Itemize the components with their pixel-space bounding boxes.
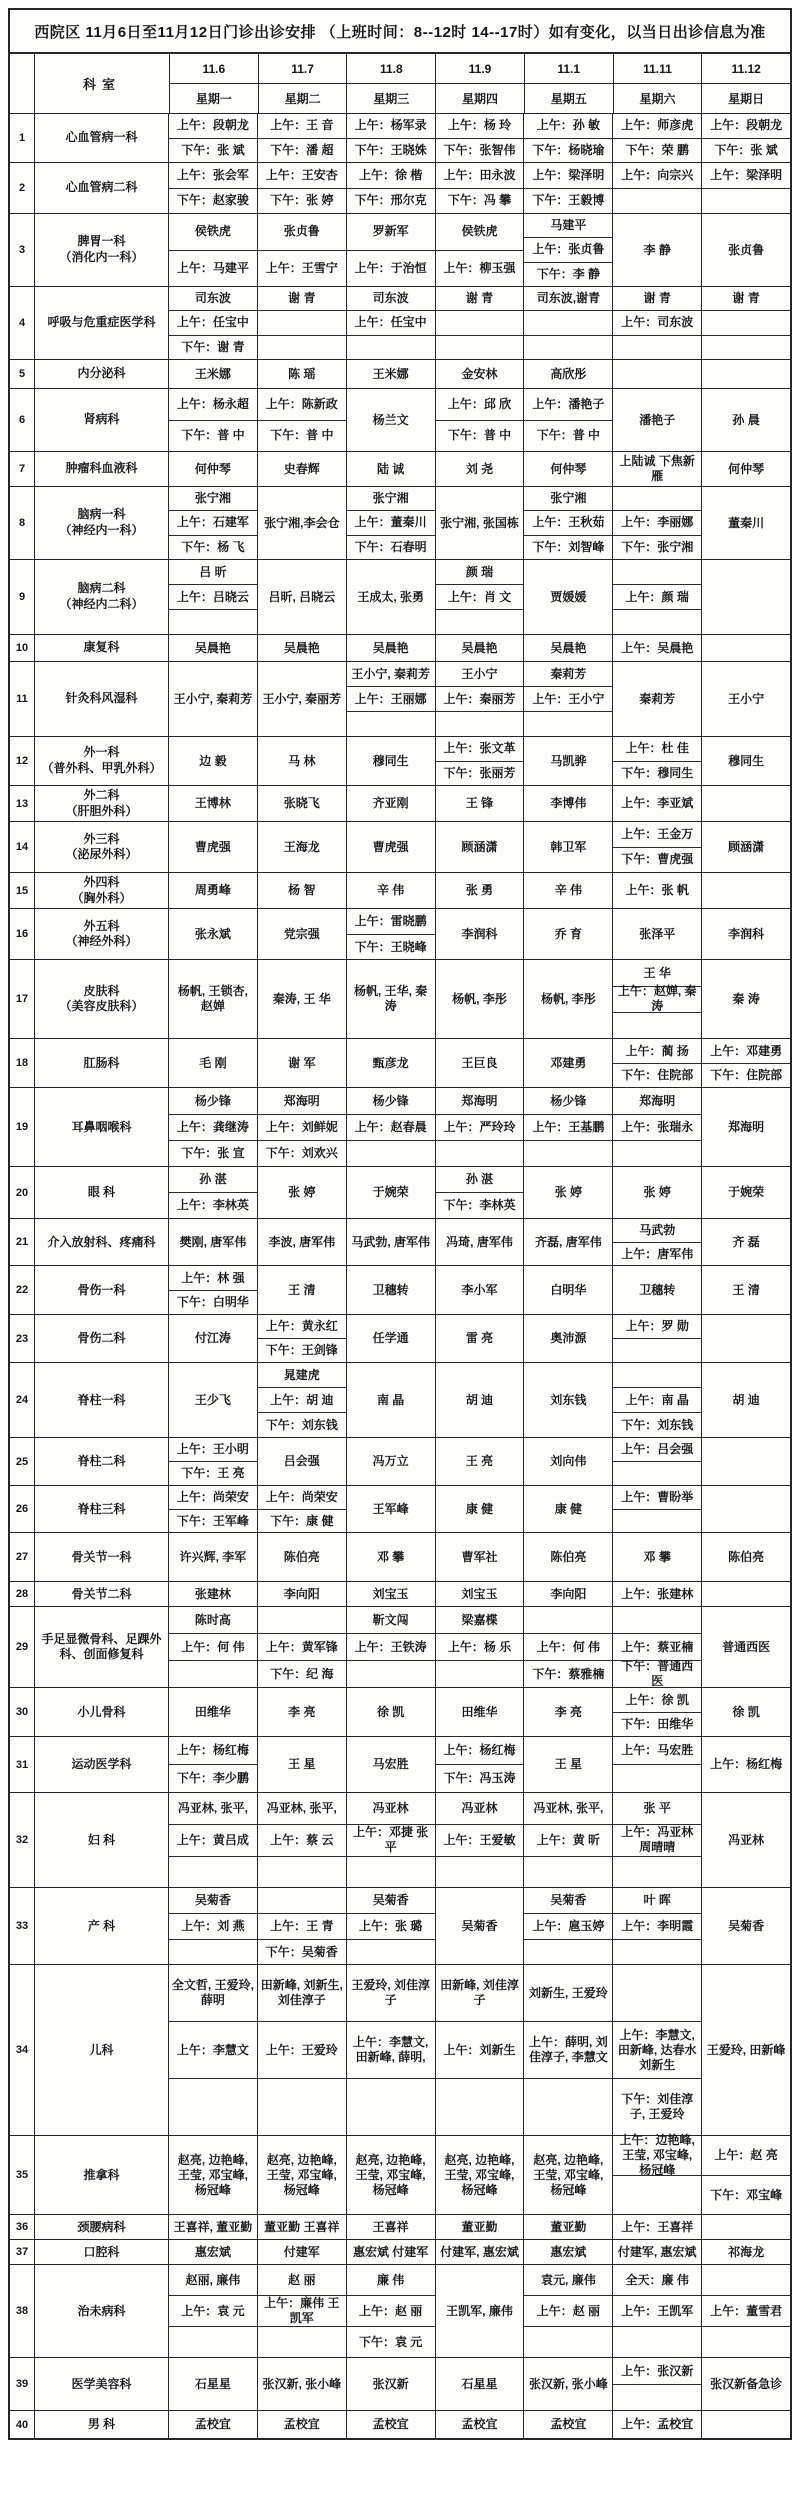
schedule-cell: 王 星 xyxy=(523,1737,612,1792)
schedule-segment: 下午：张 斌 xyxy=(169,138,257,163)
schedule-segment: 马 林 xyxy=(258,737,346,785)
schedule-segment: 顾涵潇 xyxy=(436,822,524,872)
schedule-segment: 杨帆, 李彤 xyxy=(436,960,524,1038)
schedule-cell: 赵丽, 廉伟上午：袁 元 xyxy=(168,2265,257,2357)
schedule-segment: 郑海明 xyxy=(613,1088,701,1113)
schedule-segment: 吴晨艳 xyxy=(347,635,435,661)
schedule-cell: 靳文闯上午：王铁涛 xyxy=(346,1607,435,1687)
schedule-cell: 郑海明 xyxy=(701,1088,790,1166)
schedule-cell: 卫穗转 xyxy=(346,1266,435,1314)
schedule-segment xyxy=(347,335,435,359)
schedule-cell: 王凯军, 廉伟 xyxy=(435,2265,524,2357)
schedule-segment: 康 健 xyxy=(524,1486,612,1532)
schedule-cell: 上午：陈新政下午：普 中 xyxy=(257,389,346,451)
schedule-cell: 董亚勤 xyxy=(523,2215,612,2239)
schedule-segment: 上午：胡 迪 xyxy=(258,1387,346,1412)
schedule-cell: 高欣彤 xyxy=(523,360,612,388)
schedule-segment: 下午：吴菊香 xyxy=(258,1939,346,1965)
schedule-cell: 孟校宜 xyxy=(346,2411,435,2438)
schedule-segment: 下午：普 中 xyxy=(169,420,257,452)
schedule-segment: 付建军, 惠宏斌 xyxy=(436,2240,524,2264)
schedule-segment: 王博林 xyxy=(169,786,257,821)
schedule-cell: 吴晨艳 xyxy=(523,635,612,661)
schedule-cell: 王小宁, 秦莉芳上午：王丽娜 xyxy=(346,662,435,736)
schedule-cell: 穆同生 xyxy=(701,737,790,785)
schedule-segment: 田维华 xyxy=(436,1688,524,1736)
schedule-segment: 石星星 xyxy=(436,2358,524,2410)
schedule-segment: 上午：王 音 xyxy=(258,114,346,138)
schedule-cell: 上午：南 晶下午：刘东钱 xyxy=(612,1363,701,1437)
schedule-segment: 司东波,谢青 xyxy=(524,287,612,310)
schedule-segment: 张宁湘,李会仓 xyxy=(258,487,346,559)
schedule-page: 西院区 11月6日至11月12日门诊出诊安排 （上班时间：8--12时 14--… xyxy=(0,0,800,2500)
schedule-segment: 张汉新, 张小峰 xyxy=(524,2358,612,2410)
row-number: 37 xyxy=(10,2240,34,2264)
row-number: 34 xyxy=(10,1965,34,2135)
schedule-cell: 王 亮 xyxy=(435,1438,524,1485)
schedule-segment xyxy=(702,2326,790,2357)
schedule-cell: 乔 育 xyxy=(523,909,612,959)
schedule-segment xyxy=(169,1939,257,1965)
schedule-segment: 下午：普 中 xyxy=(436,420,524,452)
schedule-cell: 司东波,谢青 xyxy=(523,287,612,359)
row-number: 11 xyxy=(10,662,34,736)
schedule-cell: 冯亚林, 张平,上午：蔡 云 xyxy=(257,1793,346,1887)
schedule-segment: 吴晨艳 xyxy=(258,635,346,661)
schedule-cell: 王巨良 xyxy=(435,1039,524,1087)
schedule-cell: 张宁湘上午：石建军下午：杨 飞 xyxy=(168,487,257,559)
schedule-segment: 卫穗转 xyxy=(613,1266,701,1314)
schedule-cell: 王 锋 xyxy=(435,786,524,821)
schedule-segment: 杨帆, 李彤 xyxy=(524,960,612,1038)
schedule-segment xyxy=(613,2326,701,2357)
schedule-segment: 上午：柳玉强 xyxy=(436,250,524,287)
schedule-cell: 周勇峰 xyxy=(168,873,257,908)
schedule-segment: 上午：尚荣安 xyxy=(169,1486,257,1509)
schedule-segment: 马宏胜 xyxy=(347,1737,435,1792)
schedule-segment: 梁嘉楪 xyxy=(436,1607,524,1633)
schedule-segment xyxy=(436,711,524,736)
table-row: 11针灸科风湿科王小宁, 秦莉芳王小宁, 秦丽芳王小宁, 秦莉芳上午：王丽娜王小… xyxy=(10,661,790,736)
schedule-cell: 田维华 xyxy=(168,1688,257,1736)
schedule-cell: 吴菊香上午：扈玉婷 xyxy=(523,1888,612,1964)
schedule-cell: 孟校宜 xyxy=(168,2411,257,2438)
schedule-segment xyxy=(613,1764,701,1792)
schedule-cell: 秦 涛 xyxy=(701,960,790,1038)
schedule-segment: 杨帆, 王锁杏, 赵婵 xyxy=(169,960,257,1038)
schedule-segment: 赵丽, 廉伟 xyxy=(169,2265,257,2295)
schedule-segment: 下午：张丽芳 xyxy=(436,761,524,786)
row-number: 32 xyxy=(10,1793,34,1887)
row-number: 23 xyxy=(10,1315,34,1362)
schedule-segment: 下午：住院部 xyxy=(702,1063,790,1088)
row-number: 10 xyxy=(10,635,34,661)
schedule-cell: 任学通 xyxy=(346,1315,435,1362)
schedule-cell: 吴菊香上午：刘 燕 xyxy=(168,1888,257,1964)
schedule-segment: 孟校宜 xyxy=(347,2411,435,2438)
schedule-segment xyxy=(524,310,612,334)
schedule-segment xyxy=(524,1939,612,1965)
schedule-segment: 下午：刘智峰 xyxy=(524,535,612,559)
schedule-segment xyxy=(702,335,790,359)
schedule-segment: 张汉新备急诊 xyxy=(702,2358,790,2410)
row-number: 31 xyxy=(10,1737,34,1792)
schedule-cell: 上午：王小明下午：王 亮 xyxy=(168,1438,257,1485)
schedule-segment: 陈伯亮 xyxy=(258,1533,346,1581)
schedule-segment: 陈时高 xyxy=(169,1607,257,1633)
schedule-segment: 谢 青 xyxy=(258,287,346,310)
schedule-cell: 王少飞 xyxy=(168,1363,257,1437)
schedule-segment: 王爱玲, 刘佳淳子 xyxy=(347,1965,435,2021)
schedule-segment xyxy=(169,1660,257,1687)
schedule-cell: 上午：罗 勋 xyxy=(612,1315,701,1362)
schedule-cell: 陈 瑶 xyxy=(257,360,346,388)
schedule-segment: 赵亮, 边艳峰, 王莹, 邓宝峰, 杨冠峰 xyxy=(347,2136,435,2214)
schedule-cell: 上午：曹盼举 xyxy=(612,1486,701,1532)
schedule-segment: 王 亮 xyxy=(436,1438,524,1485)
schedule-cell: 张贞鲁上午：王雪宁 xyxy=(257,214,346,286)
row-number: 27 xyxy=(10,1533,34,1581)
schedule-segment: 上午：杨军录 xyxy=(347,114,435,138)
schedule-segment xyxy=(436,1660,524,1687)
schedule-segment: 上午：王爱玲 xyxy=(258,2021,346,2078)
schedule-cell: 陈伯亮 xyxy=(257,1533,346,1581)
schedule-segment: 任学通 xyxy=(347,1315,435,1362)
schedule-segment: 赵亮, 边艳峰, 王莹, 邓宝峰, 杨冠峰 xyxy=(258,2136,346,2214)
schedule-segment: 杨帆, 王华, 秦涛 xyxy=(347,960,435,1038)
day-header-column: 11.6星期一 xyxy=(170,54,258,113)
schedule-segment xyxy=(702,635,790,661)
schedule-segment xyxy=(702,1438,790,1485)
schedule-segment: 下午：袁 元 xyxy=(347,2326,435,2357)
schedule-cell: 上午：尚荣安下午：王军峰 xyxy=(168,1486,257,1532)
schedule-cell: 上午：张 帆 xyxy=(612,873,701,908)
schedule-cell: 谢 军 xyxy=(257,1039,346,1087)
schedule-segment: 王米娜 xyxy=(169,360,257,388)
dept-name: 呼吸与危重症医学科 xyxy=(34,287,168,359)
schedule-cell: 吴菊香 xyxy=(701,1888,790,1964)
schedule-cell: 王 华上午：赵婵, 秦涛 xyxy=(612,960,701,1038)
schedule-cell: 上午：尚荣安下午：康 健 xyxy=(257,1486,346,1532)
schedule-segment: 上午：严玲玲 xyxy=(436,1114,524,1140)
schedule-segment: 下午：邢尔克 xyxy=(347,188,435,214)
dept-name: 肛肠科 xyxy=(34,1039,168,1087)
schedule-cell: 马建平上午：张贞鲁下午：李 静 xyxy=(523,214,612,286)
schedule-segment: 穆同生 xyxy=(347,737,435,785)
schedule-cell: 王小宁, 秦丽芳 xyxy=(257,662,346,736)
schedule-cell: 陈伯亮 xyxy=(523,1533,612,1581)
schedule-segment: 上午：蔡 云 xyxy=(258,1824,346,1856)
schedule-segment: 上午：司东波 xyxy=(613,310,701,334)
row-number: 15 xyxy=(10,873,34,908)
schedule-cell: 杨帆, 李彤 xyxy=(435,960,524,1038)
schedule-segment: 郑海明 xyxy=(258,1088,346,1113)
schedule-segment: 上午：任宝中 xyxy=(347,310,435,334)
schedule-segment: 上午：赵春晨 xyxy=(347,1114,435,1140)
schedule-segment: 杨兰文 xyxy=(347,389,435,451)
schedule-cell: 樊刚, 唐军伟 xyxy=(168,1219,257,1265)
schedule-segment: 上午：秦丽芳 xyxy=(436,686,524,711)
schedule-cell: 曹军社 xyxy=(435,1533,524,1581)
table-row: 10康复科吴晨艳吴晨艳吴晨艳吴晨艳吴晨艳上午：吴晨艳 xyxy=(10,634,790,661)
schedule-cell: 邓建勇 xyxy=(523,1039,612,1087)
schedule-segment: 上午：黄永红 xyxy=(258,1315,346,1338)
schedule-segment: 上午：颜 瑞 xyxy=(613,584,701,609)
dept-name: 康复科 xyxy=(34,635,168,661)
schedule-segment: 上午：张瑞永 xyxy=(613,1114,701,1140)
schedule-segment: 上午：李明霞 xyxy=(613,1913,701,1939)
table-header: 科室 11.6星期一11.7星期二11.8星期三11.9星期四11.1星期五11… xyxy=(10,54,790,113)
schedule-segment: 吴菊香 xyxy=(702,1888,790,1964)
schedule-cell: 上午：董雪君 xyxy=(701,2265,790,2357)
row-number: 28 xyxy=(10,1582,34,1606)
weekday-label: 星期四 xyxy=(436,84,524,113)
schedule-segment: 谢 青 xyxy=(436,287,524,310)
schedule-segment: 高欣彤 xyxy=(524,360,612,388)
dept-name: 外一科 （普外科、甲乳外科） xyxy=(34,737,168,785)
schedule-segment: 南 晶 xyxy=(347,1363,435,1437)
schedule-segment: 何仲琴 xyxy=(702,452,790,486)
schedule-segment: 下午：刘东钱 xyxy=(258,1412,346,1437)
schedule-cell: 郑海明上午：刘鲜妮下午：刘欢兴 xyxy=(257,1088,346,1166)
schedule-segment: 于婉荣 xyxy=(347,1167,435,1218)
schedule-segment xyxy=(258,2326,346,2357)
schedule-segment xyxy=(524,1607,612,1633)
schedule-cell: 陆 诚 xyxy=(346,452,435,486)
schedule-cell: 上午：王喜祥 xyxy=(612,2215,701,2239)
schedule-segment: 惠宏斌 xyxy=(524,2240,612,2264)
weekday-label: 星期二 xyxy=(259,84,347,113)
schedule-cell: 陈伯亮 xyxy=(701,1533,790,1581)
schedule-segment: 王 清 xyxy=(258,1266,346,1314)
schedule-segment: 胡 迪 xyxy=(436,1363,524,1437)
schedule-cell: 上午：杨 玲下午：张智伟 xyxy=(435,114,524,162)
schedule-cell: 赵亮, 边艳峰, 王莹, 邓宝峰, 杨冠峰 xyxy=(168,2136,257,2214)
schedule-cell: 张 平上午：冯亚林 周晴晴 xyxy=(612,1793,701,1887)
row-number: 1 xyxy=(10,114,34,162)
schedule-segment: 王爱玲, 田新峰 xyxy=(702,1965,790,2135)
schedule-segment: 周勇峰 xyxy=(169,873,257,908)
schedule-segment: 张宁湘 xyxy=(524,487,612,510)
schedule-segment: 王米娜 xyxy=(347,360,435,388)
schedule-segment: 上午：张 帆 xyxy=(613,873,701,908)
table-row: 34儿科全文哲, 王爱玲, 薛明上午：李慧文田新峰, 刘新生, 刘佳淳子上午：王… xyxy=(10,1964,790,2135)
dept-name: 眼 科 xyxy=(34,1167,168,1218)
schedule-cell: 秦莉芳 xyxy=(612,662,701,736)
schedule-cell: 上午：黄永红下午：王剑锋 xyxy=(257,1315,346,1362)
schedule-cell: 孟校宜 xyxy=(257,2411,346,2438)
schedule-segment: 上午：张建林 xyxy=(613,1582,701,1606)
schedule-cell: 祁海龙 xyxy=(701,2240,790,2264)
dept-name: 皮肤科 （美容皮肤科） xyxy=(34,960,168,1038)
schedule-segment xyxy=(613,1363,701,1387)
schedule-segment: 王小宁 xyxy=(702,662,790,736)
schedule-segment: 上午：王凯军 xyxy=(613,2295,701,2326)
schedule-cell: 吕 昕上午：吕晓云 xyxy=(168,560,257,634)
row-number: 40 xyxy=(10,2411,34,2438)
schedule-segment: 下午：李 静 xyxy=(524,262,612,286)
table-row: 29手足显微骨科、足踝外科、创面修复科陈时高上午：何 伟上午：黄军锋下午：纪 海… xyxy=(10,1606,790,1687)
schedule-segment: 田新峰, 刘佳淳子 xyxy=(436,1965,524,2021)
schedule-segment: 上午：赵 丽 xyxy=(524,2295,612,2326)
schedule-segment xyxy=(436,335,524,359)
schedule-segment: 石星星 xyxy=(169,2358,257,2410)
schedule-segment: 曹虎强 xyxy=(347,822,435,872)
schedule-cell: 李博伟 xyxy=(523,786,612,821)
schedule-segment: 马凯骅 xyxy=(524,737,612,785)
table-row: 22骨伤一科上午：林 强下午：白明华王 清卫穗转李小军白明华卫穗转王 清 xyxy=(10,1265,790,1314)
schedule-segment: 田新峰, 刘新生, 刘佳淳子 xyxy=(258,1965,346,2021)
schedule-cell: 吴晨艳 xyxy=(435,635,524,661)
schedule-cell xyxy=(701,1486,790,1532)
schedule-cell: 胡 迪 xyxy=(435,1363,524,1437)
schedule-segment: 下午：刘佳淳子, 王爱玲 xyxy=(613,2078,701,2135)
schedule-cell: 上午：王安杏下午：张 婷 xyxy=(257,163,346,213)
schedule-segment xyxy=(613,1140,701,1166)
schedule-segment: 孙 湛 xyxy=(169,1167,257,1192)
schedule-cell: 上午：徐 凯下午：田维华 xyxy=(612,1688,701,1736)
row-number: 5 xyxy=(10,360,34,388)
schedule-segment: 边 毅 xyxy=(169,737,257,785)
schedule-cell: 李 亮 xyxy=(523,1688,612,1736)
schedule-cell: 付建军, 惠宏斌 xyxy=(612,2240,701,2264)
schedule-segment: 上午：王雪宁 xyxy=(258,250,346,287)
schedule-segment: 下午：普通西医 xyxy=(613,1660,701,1687)
schedule-segment: 谢 青 xyxy=(702,287,790,310)
schedule-segment: 上午：董秦川 xyxy=(347,510,435,534)
schedule-segment: 靳文闯 xyxy=(347,1607,435,1633)
schedule-segment: 上午：王秋茹 xyxy=(524,510,612,534)
table-row: 27骨关节一科许兴辉, 李军陈伯亮邓 攀曹军社陈伯亮邓 攀陈伯亮 xyxy=(10,1532,790,1581)
schedule-cell: 杨少锋上午：王基鹏 xyxy=(523,1088,612,1166)
schedule-cell: 杨帆, 王锁杏, 赵婵 xyxy=(168,960,257,1038)
schedule-segment xyxy=(524,1140,612,1166)
schedule-segment xyxy=(347,1140,435,1166)
schedule-segment: 曹军社 xyxy=(436,1533,524,1581)
dept-name: 介入放射科、疼痛科 xyxy=(34,1219,168,1265)
schedule-cell: 孟校宜 xyxy=(523,2411,612,2438)
table-row: 24脊柱一科王少飞晁建虎上午：胡 迪下午：刘东钱南 晶胡 迪刘东钱上午：南 晶下… xyxy=(10,1362,790,1437)
schedule-segment: 上午：薛明, 刘佳淳子, 李慧文 xyxy=(524,2021,612,2078)
schedule-segment xyxy=(702,360,790,388)
schedule-segment xyxy=(702,2215,790,2239)
schedule-segment: 王少飞 xyxy=(169,1363,257,1437)
schedule-cell: 王小宁, 秦莉芳 xyxy=(168,662,257,736)
schedule-segment: 下午：张 斌 xyxy=(702,138,790,163)
schedule-segment xyxy=(613,2175,701,2215)
schedule-segment: 刘宝玉 xyxy=(436,1582,524,1606)
dept-name: 脾胃一科 （消化内一科） xyxy=(34,214,168,286)
schedule-segment: 田维华 xyxy=(169,1688,257,1736)
schedule-cell: 田新峰, 刘新生, 刘佳淳子上午：王爱玲 xyxy=(257,1965,346,2135)
schedule-segment: 上午：蔡亚楠 xyxy=(613,1633,701,1660)
schedule-segment: 齐磊, 唐军伟 xyxy=(524,1219,612,1265)
dept-name: 儿科 xyxy=(34,1965,168,2135)
table-row: 9脑病二科 （神经内二科）吕 昕上午：吕晓云吕昕, 吕晓云王成太, 张勇颜 瑞上… xyxy=(10,559,790,634)
schedule-segment: 李向阳 xyxy=(524,1582,612,1606)
schedule-cell: 穆同生 xyxy=(346,737,435,785)
date-label: 11.8 xyxy=(347,54,435,84)
schedule-cell: 李 静 xyxy=(612,214,701,286)
day-header-column: 11.12星期日 xyxy=(701,54,790,113)
schedule-segment: 全文哲, 王爱玲, 薛明 xyxy=(169,1965,257,2021)
dept-name: 外三科 （泌尿外科） xyxy=(34,822,168,872)
schedule-segment: 王军峰 xyxy=(347,1486,435,1532)
schedule-segment xyxy=(524,711,612,736)
table-row: 26脊柱三科上午：尚荣安下午：王军峰上午：尚荣安下午：康 健王军峰康 健康 健上… xyxy=(10,1485,790,1532)
schedule-segment: 赵亮, 边艳峰, 王莹, 邓宝峰, 杨冠峰 xyxy=(524,2136,612,2214)
schedule-segment: 王凯军, 廉伟 xyxy=(436,2265,524,2357)
schedule-cell: 全文哲, 王爱玲, 薛明上午：李慧文 xyxy=(168,1965,257,2135)
schedule-cell: 李向阳 xyxy=(523,1582,612,1606)
schedule-segment: 下午：杨 飞 xyxy=(169,535,257,559)
row-number: 30 xyxy=(10,1688,34,1736)
schedule-segment: 袁元, 廉伟 xyxy=(524,2265,612,2295)
table-row: 14外三科 （泌尿外科）曹虎强王海龙曹虎强顾涵潇韩卫军上午：王金万下午：曹虎强顾… xyxy=(10,821,790,872)
schedule-cell: 董亚勤 王喜祥 xyxy=(257,2215,346,2239)
schedule-cell: 司东波上午：任宝中下午：谢 青 xyxy=(168,287,257,359)
schedule-segment xyxy=(613,360,701,388)
schedule-cell xyxy=(701,560,790,634)
schedule-cell: 曹虎强 xyxy=(346,822,435,872)
schedule-cell: 何仲琴 xyxy=(701,452,790,486)
schedule-segment: 下午：冯玉涛 xyxy=(436,1764,524,1792)
schedule-cell: 董秦川 xyxy=(701,487,790,559)
schedule-segment: 杨 智 xyxy=(258,873,346,908)
row-number: 16 xyxy=(10,909,34,959)
schedule-cell: 张宁湘上午：王秋茹下午：刘智峰 xyxy=(523,487,612,559)
date-label: 11.6 xyxy=(170,54,258,84)
schedule-segment: 邓建勇 xyxy=(524,1039,612,1087)
schedule-segment: 下午：张 宣 xyxy=(169,1140,257,1166)
schedule-cell: 赵亮, 边艳峰, 王莹, 邓宝峰, 杨冠峰 xyxy=(346,2136,435,2214)
row-number: 13 xyxy=(10,786,34,821)
schedule-cell: 上午：蔡亚楠下午：普通西医 xyxy=(612,1607,701,1687)
weekday-label: 星期六 xyxy=(614,84,702,113)
schedule-cell: 张汉新, 张小峰 xyxy=(523,2358,612,2410)
schedule-segment: 王喜祥, 董亚勤 xyxy=(169,2215,257,2239)
schedule-segment xyxy=(347,1660,435,1687)
schedule-segment: 谢 军 xyxy=(258,1039,346,1087)
schedule-segment: 上午：任宝中 xyxy=(169,310,257,334)
schedule-segment: 上午：吕晓云 xyxy=(169,584,257,609)
row-number: 18 xyxy=(10,1039,34,1087)
schedule-segment xyxy=(702,310,790,334)
schedule-cell: 冯亚林上午：王爱敏 xyxy=(435,1793,524,1887)
schedule-segment: 上午：潘艳子 xyxy=(524,389,612,420)
schedule-cell: 上午：吴晨艳 xyxy=(612,635,701,661)
schedule-segment: 上午：梁泽明 xyxy=(702,163,790,188)
table-title: 西院区 11月6日至11月12日门诊出诊安排 （上班时间：8--12时 14--… xyxy=(10,10,790,54)
schedule-segment: 赵 丽 xyxy=(258,2265,346,2295)
dept-name: 医学美容科 xyxy=(34,2358,168,2410)
schedule-cell: 上午：张汉新 xyxy=(612,2358,701,2410)
schedule-cell: 康 健 xyxy=(523,1486,612,1532)
schedule-cell: 上午：李亚斌 xyxy=(612,786,701,821)
schedule-segment: 上午：孙 敏 xyxy=(524,114,612,138)
schedule-segment: 上午：刘 燕 xyxy=(169,1913,257,1939)
schedule-segment: 张 平 xyxy=(613,1793,701,1824)
schedule-cell: 上午：王金万下午：曹虎强 xyxy=(612,822,701,872)
schedule-segment: 樊刚, 唐军伟 xyxy=(169,1219,257,1265)
table-row: 20眼 科孙 湛上午：李林英张 婷于婉荣孙 湛下午：李林英张 婷张 婷于婉荣 xyxy=(10,1166,790,1218)
schedule-segment: 赵亮, 边艳峰, 王莹, 邓宝峰, 杨冠峰 xyxy=(436,2136,524,2214)
dept-name: 口腔科 xyxy=(34,2240,168,2264)
schedule-segment xyxy=(702,1486,790,1532)
row-number: 33 xyxy=(10,1888,34,1964)
schedule-segment: 张宁湘 xyxy=(169,487,257,510)
schedule-cell: 上午：张会军下午：赵家骏 xyxy=(168,163,257,213)
